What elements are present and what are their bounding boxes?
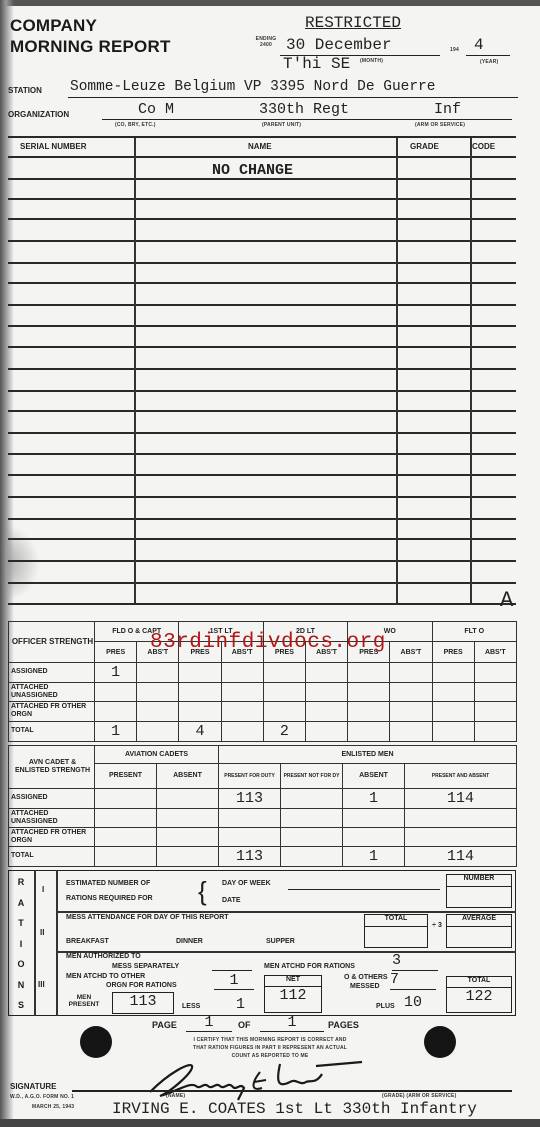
- section3-num: III: [38, 980, 45, 989]
- signature-label: SIGNATURE: [10, 1082, 57, 1091]
- arm-value: Inf: [434, 101, 461, 118]
- roster-rule: [8, 560, 516, 562]
- strength-cell: [432, 702, 474, 721]
- row-label: ATTACHED FR OTHER ORGN: [9, 827, 95, 846]
- strength-cell: [343, 827, 405, 846]
- strength-cell: [305, 721, 347, 741]
- strength-cell: [348, 721, 390, 741]
- subcol: PRESENT FOR DUTY: [219, 763, 281, 788]
- table-row: ATTACHED UNASSIGNED: [9, 808, 517, 827]
- group-aviation-cadets: AVIATION CADETS: [95, 746, 219, 764]
- strength-cell: [157, 808, 219, 827]
- section1-label-a: ESTIMATED NUMBER OF: [66, 880, 150, 887]
- day-of-week-label: DAY OF WEEK: [222, 880, 271, 887]
- date-sub: T'hi SE: [283, 55, 350, 73]
- strength-cell: [390, 662, 432, 682]
- station-field: Somme-Leuze Belgium VP 3395 Nord De Guer…: [68, 78, 518, 98]
- row-label: TOTAL: [9, 846, 95, 866]
- strength-cell: [263, 702, 305, 721]
- strength-cell: [432, 721, 474, 741]
- pages-value: 1: [260, 1014, 324, 1032]
- parent-unit-value: 330th Regt: [259, 101, 349, 118]
- enlisted-strength-table: AVN CADET & ENLISTED STRENGTH AVIATION C…: [8, 745, 517, 867]
- strength-cell: [95, 827, 157, 846]
- subcol: PRESENT NOT FOR DY: [281, 763, 343, 788]
- auth-label-b: MESS SEPARATELY: [112, 963, 179, 970]
- signer-name: IRVING E. COATES 1st Lt 330th Infantry: [112, 1100, 477, 1118]
- roster-rule: [8, 538, 516, 540]
- auth-label-a: MEN AUTHORIZED TO: [66, 953, 141, 960]
- strength-cell: [405, 808, 517, 827]
- strength-cell: [390, 702, 432, 721]
- men-present-label: MEN PRESENT: [64, 994, 104, 1008]
- roster-rule: [8, 474, 516, 476]
- strength-cell: [137, 683, 179, 702]
- strength-cell: 113: [219, 788, 281, 808]
- net-value: 112: [265, 987, 321, 1004]
- mess-total-label: TOTAL: [365, 915, 427, 927]
- rations-side-letter: S: [8, 995, 34, 1016]
- pages-label: PAGES: [328, 1020, 359, 1030]
- strength-cell: [390, 721, 432, 741]
- subcol: ABSENT: [157, 763, 219, 788]
- strength-cell: 1: [343, 788, 405, 808]
- page-value: 1: [186, 1014, 232, 1032]
- table-row: ASSIGNED1: [9, 662, 517, 682]
- strength-cell: [390, 683, 432, 702]
- subcol: PRESENT: [95, 763, 157, 788]
- organization-value: Co M: [138, 101, 174, 118]
- org-sub-label: (CO, BRY, ETC.): [115, 122, 156, 128]
- strength-cell: [281, 808, 343, 827]
- cert-line1: I CERTIFY THAT THIS MORNING REPORT IS CO…: [140, 1036, 400, 1044]
- strength-cell: [95, 846, 157, 866]
- men-present-value: 113: [112, 992, 174, 1014]
- strength-cell: [137, 721, 179, 741]
- year-label: (YEAR): [480, 59, 498, 65]
- total-label: TOTAL: [447, 977, 511, 988]
- net-box: NET 112: [264, 975, 322, 1013]
- o-others-value: 7: [390, 971, 436, 990]
- roster-rule: [8, 178, 516, 180]
- roster-rule: [8, 518, 516, 520]
- strength-cell: [219, 827, 281, 846]
- number-label: NUMBER: [447, 875, 511, 887]
- rations-side-letter: O: [8, 954, 34, 975]
- strength-cell: 1: [95, 662, 137, 682]
- rations-divider-side: [34, 870, 36, 1016]
- date-value: 30 December: [286, 36, 392, 54]
- strength-cell: [305, 702, 347, 721]
- roster-rule: [8, 156, 516, 158]
- strength-cell: [348, 683, 390, 702]
- strength-cell: [281, 827, 343, 846]
- subcol: PRESENT AND ABSENT: [405, 763, 517, 788]
- roster-rule: [8, 432, 516, 434]
- officer-strength-title: OFFICER STRENGTH: [9, 622, 95, 663]
- rations-side-letter: A: [8, 893, 34, 914]
- morning-report-page: COMPANY MORNING REPORT RESTRICTED ENDING…: [0, 0, 540, 1127]
- strength-cell: [348, 662, 390, 682]
- strength-cell: 114: [405, 788, 517, 808]
- form-title-line1: COMPANY: [10, 16, 97, 35]
- strength-cell: [179, 662, 221, 682]
- punch-hole-left: [80, 1026, 112, 1058]
- total-box: TOTAL 122: [446, 976, 512, 1013]
- strength-cell: [95, 683, 137, 702]
- atchd-for-rations-label: MEN ATCHD FOR RATIONS: [264, 963, 355, 970]
- strength-cell: [179, 702, 221, 721]
- mess-total-box: TOTAL: [364, 914, 428, 948]
- row-label: TOTAL: [9, 721, 95, 741]
- subcol: ABS'T: [474, 642, 516, 662]
- enlisted-rows: ASSIGNED1131114ATTACHED UNASSIGNEDATTACH…: [9, 788, 517, 866]
- month-label: (MONTH): [360, 58, 383, 64]
- strength-cell: [221, 662, 263, 682]
- roster-rule: [8, 304, 516, 306]
- row-label: ASSIGNED: [9, 662, 95, 682]
- strength-cell: [305, 683, 347, 702]
- strength-cell: [137, 702, 179, 721]
- date-field: 30 December: [280, 36, 440, 56]
- strength-cell: [432, 662, 474, 682]
- roster-rule: [8, 346, 516, 348]
- strength-cell: [474, 662, 516, 682]
- organization-label: ORGANIZATION: [8, 110, 69, 119]
- average-label: AVERAGE: [447, 915, 511, 927]
- form-label-a: W.D., A.G.O. FORM NO. 1: [10, 1094, 74, 1100]
- roster-rule: [8, 240, 516, 242]
- roster-divider-name: [396, 138, 398, 603]
- col-serial-number: SERIAL NUMBER: [20, 142, 87, 151]
- row-label: ATTACHED UNASSIGNED: [9, 808, 95, 827]
- brace-icon: {: [198, 876, 207, 906]
- group-flt-o: FLT O: [432, 622, 516, 642]
- strength-cell: [221, 702, 263, 721]
- page-label: PAGE: [152, 1020, 177, 1030]
- strength-cell: [474, 721, 516, 741]
- signature-line: [72, 1090, 512, 1092]
- scan-edge-top: [0, 0, 540, 6]
- strength-cell: [474, 702, 516, 721]
- roster-rule: [8, 325, 516, 327]
- name-label: (NAME): [166, 1093, 185, 1099]
- strength-cell: [95, 702, 137, 721]
- roster-rule: [8, 368, 516, 370]
- strength-cell: [95, 788, 157, 808]
- roster-rule: [8, 453, 516, 455]
- less-value: 1: [236, 996, 245, 1013]
- strength-cell: [348, 702, 390, 721]
- roster-rule: [8, 262, 516, 264]
- organization-field: Co M 330th Regt Inf: [102, 101, 512, 120]
- strength-cell: [157, 788, 219, 808]
- roster-entry: NO CHANGE: [212, 162, 293, 179]
- roster-rule: [8, 218, 516, 220]
- strength-cell: [157, 827, 219, 846]
- ending-label: ENDING 2400: [255, 36, 277, 48]
- date-label: DATE: [222, 897, 241, 904]
- o-others-label-a: O & OTHERS: [344, 974, 388, 981]
- of-label: OF: [238, 1020, 251, 1030]
- plus-value: 10: [404, 994, 422, 1011]
- watermark: 83rdinfdivdocs.org: [150, 631, 386, 654]
- atchd-other-value: 1: [214, 972, 254, 990]
- parent-unit-label: (PARENT UNIT): [262, 122, 301, 128]
- enlisted-strength-title: AVN CADET & ENLISTED STRENGTH: [9, 746, 95, 789]
- roster-divider-serial: [134, 138, 136, 603]
- strength-cell: [432, 683, 474, 702]
- year-prefix: 194: [450, 47, 459, 53]
- atchd-other-label-b: ORGN FOR RATIONS: [106, 982, 177, 989]
- strength-cell: [474, 683, 516, 702]
- less-label: LESS: [182, 1003, 200, 1010]
- strength-cell: 113: [219, 846, 281, 866]
- row-label: ATTACHED UNASSIGNED: [9, 683, 95, 702]
- strength-cell: [263, 683, 305, 702]
- supper-label: SUPPER: [266, 938, 295, 945]
- section1-divider: [56, 911, 516, 913]
- rations-side-label: RATIONS: [8, 872, 34, 1016]
- divide-by-three: ÷ 3: [432, 922, 442, 930]
- arm-label: (ARM OR SERVICE): [415, 122, 465, 128]
- rations-divider-num: [56, 870, 58, 1016]
- grade-label: (GRADE) (ARM OR SERVICE): [382, 1093, 456, 1099]
- strength-cell: [137, 662, 179, 682]
- subcol: PRES: [432, 642, 474, 662]
- station-label: STATION: [8, 86, 42, 95]
- rations-side-letter: I: [8, 934, 34, 955]
- roster-rule: [8, 582, 516, 584]
- table-row: ATTACHED FR OTHER ORGN: [9, 827, 517, 846]
- group-enlisted-men: ENLISTED MEN: [219, 746, 517, 764]
- station-value: Somme-Leuze Belgium VP 3395 Nord De Guer…: [70, 79, 435, 95]
- roster-rule: [8, 282, 516, 284]
- strength-cell: [263, 662, 305, 682]
- atchd-for-rations-value: 3: [392, 952, 438, 971]
- strength-cell: 114: [405, 846, 517, 866]
- strength-cell: [179, 683, 221, 702]
- strength-cell: 1: [95, 721, 137, 741]
- rations-side-letter: R: [8, 872, 34, 893]
- classification-stamp: RESTRICTED: [305, 14, 401, 32]
- rations-side-letter: N: [8, 975, 34, 996]
- roster-rule: [8, 198, 516, 200]
- breakfast-label: BREAKFAST: [66, 938, 109, 945]
- number-box: NUMBER: [446, 874, 512, 908]
- strength-cell: 2: [263, 721, 305, 741]
- day-of-week-field[interactable]: [288, 880, 440, 890]
- net-label: NET: [265, 976, 321, 987]
- roster-rule: [8, 410, 516, 412]
- average-box: AVERAGE: [446, 914, 512, 948]
- table-row: TOTAL142: [9, 721, 517, 741]
- o-others-label-b: MESSED: [350, 983, 380, 990]
- strength-cell: [343, 808, 405, 827]
- col-code: CODE: [472, 142, 495, 151]
- table-row: ASSIGNED1131114: [9, 788, 517, 808]
- form-label-b: MARCH 25, 1943: [32, 1104, 74, 1110]
- strength-cell: [157, 846, 219, 866]
- strength-cell: [305, 662, 347, 682]
- roster-rule: [8, 603, 516, 605]
- strength-cell: 1: [343, 846, 405, 866]
- officer-rows: ASSIGNED1ATTACHED UNASSIGNEDATTACHED FR …: [9, 662, 517, 741]
- year-field: 4: [466, 36, 510, 56]
- roster-rule: [8, 496, 516, 498]
- section2-num: II: [40, 928, 44, 937]
- auth-field[interactable]: [212, 961, 252, 971]
- form-title-line2: MORNING REPORT: [10, 37, 171, 56]
- row-label: ATTACHED FR OTHER ORGN: [9, 702, 95, 721]
- scan-edge-bottom: [0, 1119, 540, 1127]
- rations-side-letter: T: [8, 913, 34, 934]
- table-row: ATTACHED FR OTHER ORGN: [9, 702, 517, 721]
- cert-line2: THAT RATION FIGURES IN PART II REPRESENT…: [140, 1044, 400, 1052]
- dinner-label: DINNER: [176, 938, 203, 945]
- table-row: ATTACHED UNASSIGNED: [9, 683, 517, 702]
- strength-cell: [221, 683, 263, 702]
- plus-label: PLUS: [376, 1003, 395, 1010]
- roster-divider-grade: [470, 138, 472, 603]
- roster-mark: A: [500, 588, 513, 613]
- col-name: NAME: [248, 142, 272, 151]
- strength-cell: [95, 808, 157, 827]
- year-value: 4: [474, 36, 484, 54]
- col-grade: GRADE: [410, 142, 439, 151]
- subcol: ABSENT: [343, 763, 405, 788]
- section2-title: MESS ATTENDANCE FOR DAY OF THIS REPORT: [66, 914, 229, 921]
- strength-cell: 4: [179, 721, 221, 741]
- strength-cell: [405, 827, 517, 846]
- total-value: 122: [447, 988, 511, 1005]
- strength-cell: [221, 721, 263, 741]
- table-row: TOTAL1131114: [9, 846, 517, 866]
- strength-cell: [281, 788, 343, 808]
- atchd-other-label-a: MEN ATCHD TO OTHER: [66, 973, 145, 980]
- section1-label-b: RATIONS REQUIRED FOR: [66, 895, 153, 902]
- row-label: ASSIGNED: [9, 788, 95, 808]
- section1-num: I: [42, 885, 44, 894]
- strength-cell: [219, 808, 281, 827]
- roster-top-rule: [8, 136, 516, 138]
- subcol: PRES: [95, 642, 137, 662]
- roster-rule: [8, 390, 516, 392]
- subcol: ABS'T: [390, 642, 432, 662]
- strength-cell: [281, 846, 343, 866]
- punch-hole-right: [424, 1026, 456, 1058]
